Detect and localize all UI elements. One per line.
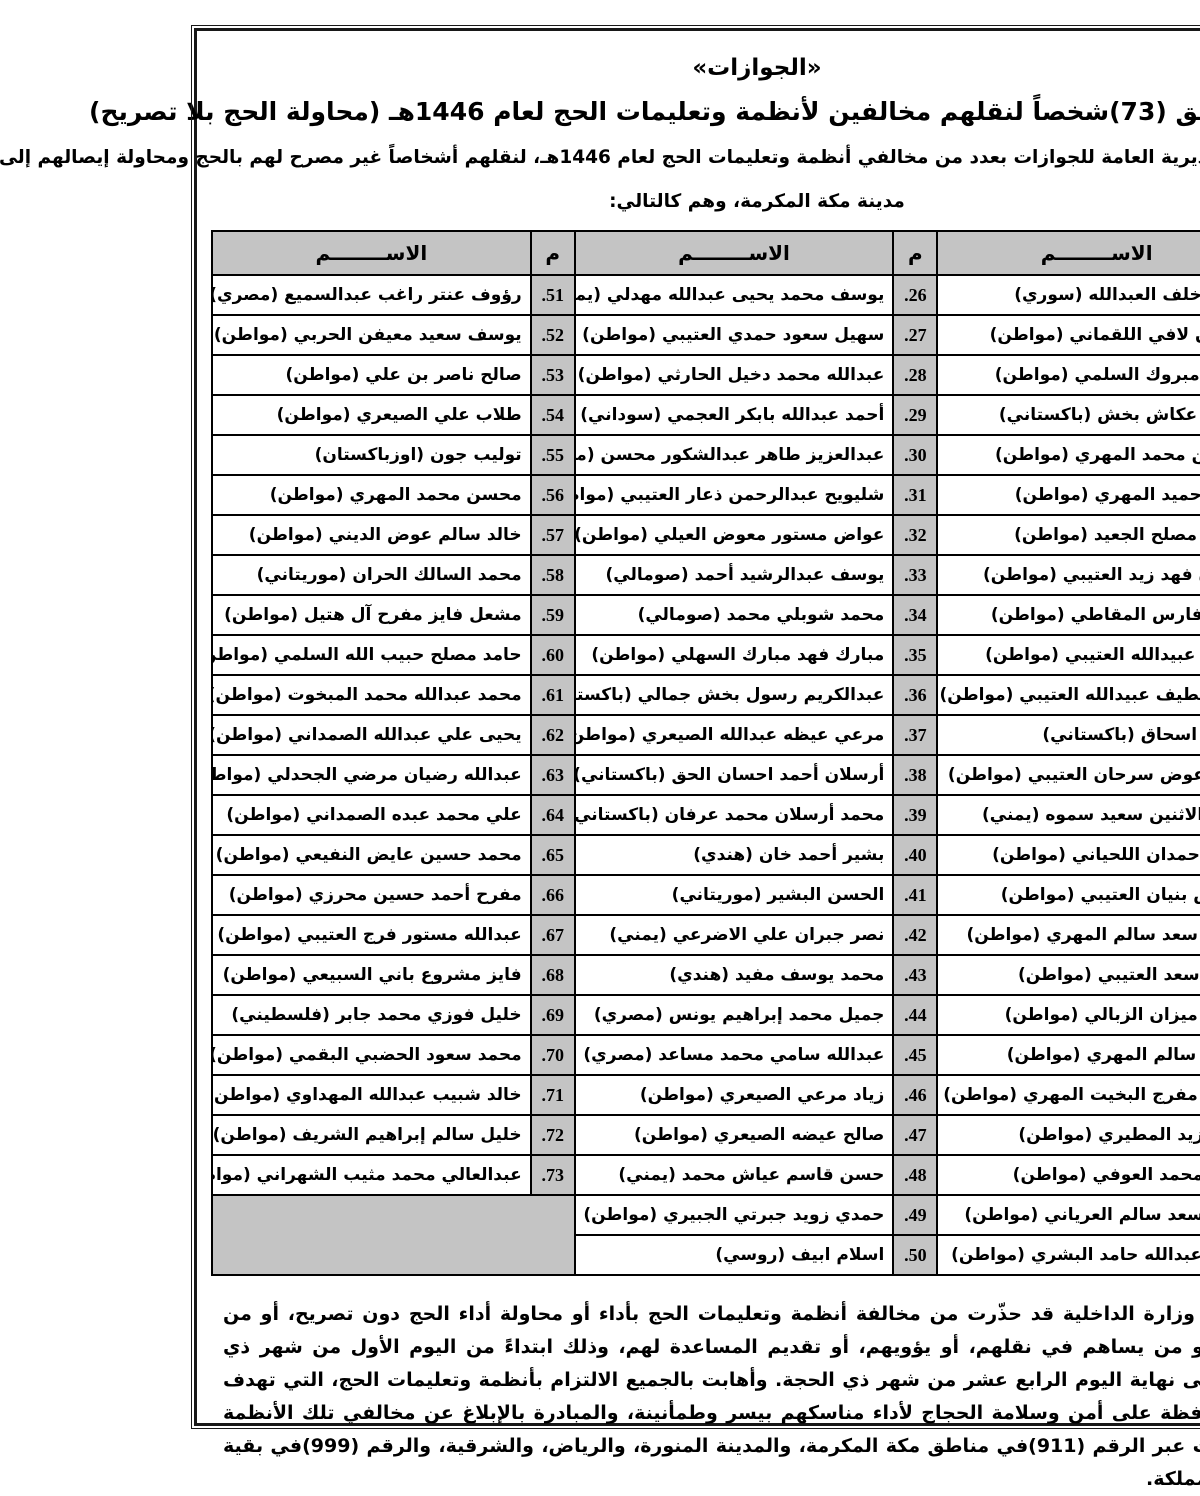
person-name-cell: خالد سالم عوض الديني (مواطن)	[55, 515, 374, 555]
person-name-cell: محمد شوبلي محمد (صومالي)	[418, 595, 737, 635]
source-title: «الجوازات»	[56, 55, 1144, 81]
person-name-cell: محمد اسحاق (باكستاني)	[780, 715, 1099, 755]
roster-table-head: م الاســــــــم م الاســــــــم م الاســ…	[55, 231, 1143, 275]
person-name-cell: مروان لافي اللقماني (مواطن)	[780, 315, 1099, 355]
row-number-cell: 47.	[736, 1115, 780, 1155]
table-row: 1.أحمد خلف العبدالله (سوري)26.يوسف محمد …	[55, 275, 1143, 315]
table-row: 4.محمد عكاش بخش (باكستاني)29.أحمد عبدالل…	[55, 395, 1143, 435]
person-name-cell: محمد عبدالله محمد المبخوت (مواطن)	[55, 675, 374, 715]
person-name-cell: شليويح عبدالرحمن ذعار العتيبي (مواطن)	[418, 475, 737, 515]
row-number-cell: 7.	[1099, 515, 1143, 555]
person-name-cell: عبدالله محمد دخيل الحارثي (مواطن)	[418, 355, 737, 395]
person-name-cell: علي محمد عبده الصمداني (مواطن)	[55, 795, 374, 835]
person-name-cell: محسن محمد المهري (مواطن)	[55, 475, 374, 515]
row-number-cell: 62.	[374, 715, 418, 755]
row-number-cell: 33.	[736, 555, 780, 595]
row-number-cell: 12.	[1099, 715, 1143, 755]
table-row: 20.حسن سالم المهري (مواطن)45.عبدالله سام…	[55, 1035, 1143, 1075]
table-row: 22.غانم زيد المطيري (مواطن)47.صالح عيضه …	[55, 1115, 1143, 1155]
row-number-cell: 11.	[1099, 675, 1143, 715]
row-number-cell: 67.	[374, 915, 418, 955]
row-number-cell: 38.	[736, 755, 780, 795]
table-row: 2.مروان لافي اللقماني (مواطن)27.سهيل سعو…	[55, 315, 1143, 355]
person-name-cell: حمدي زويد جبرتي الجبيري (مواطن)	[418, 1195, 737, 1235]
row-number-cell: 14.	[1099, 795, 1143, 835]
person-name-cell: طلاب علي الصيعري (مواطن)	[55, 395, 374, 435]
row-number-cell: 22.	[1099, 1115, 1143, 1155]
table-row: 18.عادل سعد العتيبي (مواطن)43.محمد يوسف …	[55, 955, 1143, 995]
person-name-cell: حسن قاسم عياش محمد (يمني)	[418, 1155, 737, 1195]
person-name-cell: أحمد عبدالله بابكر العجمي (سوداني)	[418, 395, 737, 435]
person-name-cell: الحسن البشير (موريتاني)	[418, 875, 737, 915]
row-number-cell: 40.	[736, 835, 780, 875]
row-number-cell: 71.	[374, 1075, 418, 1115]
person-name-cell: محمد السالك الحران (موريتاني)	[55, 555, 374, 595]
person-name-cell: عبدالله سامي محمد مساعد (مصري)	[418, 1035, 737, 1075]
person-name-cell: عبدالعزيز طاهر عبدالشكور محسن (مينمار)	[418, 435, 737, 475]
person-name-cell: سعد عوض سرحان العتيبي (مواطن)	[780, 755, 1099, 795]
row-number-cell: 3.	[1099, 355, 1143, 395]
row-number-cell: 2.	[1099, 315, 1143, 355]
person-name-cell: حسن سالم المهري (مواطن)	[780, 1035, 1099, 1075]
person-name-cell: محمد سعود الحضبي البقمي (مواطن)	[55, 1035, 374, 1075]
person-name-cell: حاتم فارس المقاطي (مواطن)	[780, 595, 1099, 635]
row-number-cell: 57.	[374, 515, 418, 555]
person-name-cell: عبود الاثنين سعيد سموه (يمني)	[780, 795, 1099, 835]
person-name-cell: بشير أحمد خان (هندي)	[418, 835, 737, 875]
person-name-cell: خليل سالم إبراهيم الشريف (مواطن)	[55, 1115, 374, 1155]
row-number-cell: 72.	[374, 1115, 418, 1155]
row-number-cell: 73.	[374, 1155, 418, 1195]
table-row: 19.رشيد ميزان الزبالي (مواطن)44.جميل محم…	[55, 995, 1143, 1035]
row-number-cell: 8.	[1099, 555, 1143, 595]
person-name-cell: محمد أرسلان محمد عرفان (باكستاني)	[418, 795, 737, 835]
roster-table-body: 1.أحمد خلف العبدالله (سوري)26.يوسف محمد …	[55, 275, 1143, 1275]
row-number-cell: 25.	[1099, 1235, 1143, 1275]
num-header-cell: م	[736, 231, 780, 275]
person-name-cell: يوسف عبدالرشيد أحمد (صومالي)	[418, 555, 737, 595]
person-name-cell: مرعي عيظه عبدالله الصيعري (مواطن)	[418, 715, 737, 755]
person-name-cell: أحمد خلف العبدالله (سوري)	[780, 275, 1099, 315]
row-number-cell: 9.	[1099, 595, 1143, 635]
person-name-cell: صالح مبروك السلمي (مواطن)	[780, 355, 1099, 395]
person-name-cell: مبارك فهد مبارك السهلي (مواطن)	[418, 635, 737, 675]
row-number-cell: 16.	[1099, 875, 1143, 915]
page-border-frame: «الجوازات» تشهر بحق (73)شخصاً لنقلهم مخا…	[37, 28, 1163, 1426]
row-number-cell: 35.	[736, 635, 780, 675]
person-name-cell: عبدالله رضيان مرضي الجحدلي (مواطن)	[55, 755, 374, 795]
name-header-cell: الاســــــــم	[780, 231, 1099, 275]
row-number-cell: 44.	[736, 995, 780, 1035]
intro-paragraph: شهرت المديرية العامة للجوازات بعدد من مخ…	[56, 136, 1144, 224]
person-name-cell: عبدالله مستور فرج العتيبي (مواطن)	[55, 915, 374, 955]
empty-filler-cell	[55, 1195, 418, 1275]
row-number-cell: 36.	[736, 675, 780, 715]
table-row: 24.فواز سعد سالم العرياني (مواطن)49.حمدي…	[55, 1195, 1143, 1235]
row-number-cell: 58.	[374, 555, 418, 595]
row-number-cell: 48.	[736, 1155, 780, 1195]
row-number-cell: 28.	[736, 355, 780, 395]
row-number-cell: 32.	[736, 515, 780, 555]
person-name-cell: محمد يوسف مفيد (هندي)	[418, 955, 737, 995]
row-number-cell: 41.	[736, 875, 780, 915]
person-name-cell: أرسلان أحمد احسان الحق (باكستاني)	[418, 755, 737, 795]
footer-paragraph: وكانت وزارة الداخلية قد حذّرت من مخالفة …	[66, 1298, 1134, 1496]
intro-line-1: شهرت المديرية العامة للجوازات بعدد من مخ…	[56, 136, 1144, 180]
table-row: 11.عبداللطيف عبيدالله العتيبي (مواطن)36.…	[55, 675, 1143, 715]
table-row: 17.سعيد سعد سالم المهري (مواطن)42.نصر جب…	[55, 915, 1143, 955]
row-number-cell: 26.	[736, 275, 780, 315]
row-number-cell: 10.	[1099, 635, 1143, 675]
row-number-cell: 31.	[736, 475, 780, 515]
person-name-cell: صالح عيضه الصيعري (مواطن)	[418, 1115, 737, 1155]
person-name-cell: مازن حمدان اللحياني (مواطن)	[780, 835, 1099, 875]
violators-roster-table: م الاســــــــم م الاســــــــم م الاســ…	[54, 230, 1144, 1276]
row-number-cell: 13.	[1099, 755, 1143, 795]
row-number-cell: 56.	[374, 475, 418, 515]
person-name-cell: منور محمد العوفي (مواطن)	[780, 1155, 1099, 1195]
person-name-cell: اسلام ابيف (روسي)	[418, 1235, 737, 1275]
person-name-cell: سهيل سعود حمدي العتيبي (مواطن)	[418, 315, 737, 355]
row-number-cell: 64.	[374, 795, 418, 835]
row-number-cell: 42.	[736, 915, 780, 955]
row-number-cell: 55.	[374, 435, 418, 475]
row-number-cell: 50.	[736, 1235, 780, 1275]
person-name-cell: أحمد حميد المهري (مواطن)	[780, 475, 1099, 515]
person-name-cell: توليب جون (اوزباكستان)	[55, 435, 374, 475]
row-number-cell: 52.	[374, 315, 418, 355]
person-name-cell: مشعل فايز مفرح آل هتيل (مواطن)	[55, 595, 374, 635]
row-number-cell: 43.	[736, 955, 780, 995]
person-name-cell: رؤوف عنتر راغب عبدالسميع (مصري)	[55, 275, 374, 315]
row-number-cell: 70.	[374, 1035, 418, 1075]
row-number-cell: 21.	[1099, 1075, 1143, 1115]
person-name-cell: محمد حسين عايض النفيعي (مواطن)	[55, 835, 374, 875]
row-number-cell: 1.	[1099, 275, 1143, 315]
num-header-cell: م	[374, 231, 418, 275]
row-number-cell: 4.	[1099, 395, 1143, 435]
row-number-cell: 51.	[374, 275, 418, 315]
person-name-cell: فايز مشروع باني السبيعي (مواطن)	[55, 955, 374, 995]
table-row: 12.محمد اسحاق (باكستاني)37.مرعي عيظه عبد…	[55, 715, 1143, 755]
row-number-cell: 20.	[1099, 1035, 1143, 1075]
person-name-cell: عبداللطيف عبيدالله العتيبي (مواطن)	[780, 675, 1099, 715]
row-number-cell: 53.	[374, 355, 418, 395]
intro-line-2: مدينة مكة المكرمة، وهم كالتالي:	[56, 180, 1144, 224]
person-name-cell: يحيى علي عبدالله الصمداني (مواطن)	[55, 715, 374, 755]
person-name-cell: نصر جبران علي الاضرعي (يمني)	[418, 915, 737, 955]
row-number-cell: 6.	[1099, 475, 1143, 515]
person-name-cell: يوسف محمد يحيى عبدالله مهدلي (يمني)	[418, 275, 737, 315]
person-name-cell: حامد عبدالله حامد البشري (مواطن)	[780, 1235, 1099, 1275]
table-row: 8.زلمان فهد زيد العتيبي (مواطن)33.يوسف ع…	[55, 555, 1143, 595]
person-name-cell: سعيد سعد سالم المهري (مواطن)	[780, 915, 1099, 955]
row-number-cell: 60.	[374, 635, 418, 675]
name-header-cell: الاســــــــم	[55, 231, 374, 275]
person-name-cell: عفاس بنيان العتيبي (مواطن)	[780, 875, 1099, 915]
row-number-cell: 19.	[1099, 995, 1143, 1035]
table-row: 16.عفاس بنيان العتيبي (مواطن)41.الحسن ال…	[55, 875, 1143, 915]
person-name-cell: عادل سعد العتيبي (مواطن)	[780, 955, 1099, 995]
table-row: 3.صالح مبروك السلمي (مواطن)28.عبدالله مح…	[55, 355, 1143, 395]
row-number-cell: 29.	[736, 395, 780, 435]
person-name-cell: مفرح أحمد حسين محرزي (مواطن)	[55, 875, 374, 915]
table-row: 7.محمد مصلح الجعيد (مواطن)32.عواض مستور …	[55, 515, 1143, 555]
row-number-cell: 61.	[374, 675, 418, 715]
row-number-cell: 49.	[736, 1195, 780, 1235]
row-number-cell: 24.	[1099, 1195, 1143, 1235]
row-number-cell: 23.	[1099, 1155, 1143, 1195]
person-name-cell: زلمان فهد زيد العتيبي (مواطن)	[780, 555, 1099, 595]
person-name-cell: صالح ناصر بن علي (مواطن)	[55, 355, 374, 395]
row-number-cell: 27.	[736, 315, 780, 355]
row-number-cell: 34.	[736, 595, 780, 635]
row-number-cell: 30.	[736, 435, 780, 475]
headline: تشهر بحق (73)شخصاً لنقلهم مخالفين لأنظمة…	[56, 97, 1144, 126]
row-number-cell: 5.	[1099, 435, 1143, 475]
person-name-cell: جميل محمد إبراهيم يونس (مصري)	[418, 995, 737, 1035]
person-name-cell: محمد مصلح الجعيد (مواطن)	[780, 515, 1099, 555]
table-row: 23.منور محمد العوفي (مواطن)48.حسن قاسم ع…	[55, 1155, 1143, 1195]
row-number-cell: 68.	[374, 955, 418, 995]
table-row: 14.عبود الاثنين سعيد سموه (يمني)39.محمد …	[55, 795, 1143, 835]
row-number-cell: 66.	[374, 875, 418, 915]
row-number-cell: 63.	[374, 755, 418, 795]
header-row: م الاســــــــم م الاســــــــم م الاســ…	[55, 231, 1143, 275]
row-number-cell: 45.	[736, 1035, 780, 1075]
row-number-cell: 18.	[1099, 955, 1143, 995]
person-name-cell: حامد مصلح حبيب الله السلمي (مواطن)	[55, 635, 374, 675]
table-row: 10.سعود عبيدالله العتيبي (مواطن)35.مبارك…	[55, 635, 1143, 675]
table-row: 5.محسن محمد المهري (مواطن)30.عبدالعزيز ط…	[55, 435, 1143, 475]
person-name-cell: عبدالكريم رسول بخش جمالي (باكستاني)	[418, 675, 737, 715]
table-row: 13.سعد عوض سرحان العتيبي (مواطن)38.أرسلا…	[55, 755, 1143, 795]
row-number-cell: 46.	[736, 1075, 780, 1115]
row-number-cell: 54.	[374, 395, 418, 435]
row-number-cell: 69.	[374, 995, 418, 1035]
person-name-cell: خليل فوزي محمد جابر (فلسطيني)	[55, 995, 374, 1035]
person-name-cell: عبدالعالي محمد مثيب الشهراني (مواطن)	[55, 1155, 374, 1195]
person-name-cell: زياد مرعي الصيعري (مواطن)	[418, 1075, 737, 1115]
table-row: 6.أحمد حميد المهري (مواطن)31.شليويح عبدا…	[55, 475, 1143, 515]
person-name-cell: عواض مستور معوض العيلي (مواطن)	[418, 515, 737, 555]
person-name-cell: محسن محمد المهري (مواطن)	[780, 435, 1099, 475]
person-name-cell: غازي مفرج البخيت المهري (مواطن)	[780, 1075, 1099, 1115]
name-header-cell: الاســــــــم	[418, 231, 737, 275]
row-number-cell: 65.	[374, 835, 418, 875]
table-row: 15.مازن حمدان اللحياني (مواطن)40.بشير أح…	[55, 835, 1143, 875]
document-page: { "page": { "source_title": "«الجوازات»"…	[0, 0, 1200, 1449]
person-name-cell: سعود عبيدالله العتيبي (مواطن)	[780, 635, 1099, 675]
person-name-cell: خالد شبيب عبدالله المهداوي (مواطن)	[55, 1075, 374, 1115]
row-number-cell: 37.	[736, 715, 780, 755]
row-number-cell: 17.	[1099, 915, 1143, 955]
person-name-cell: رشيد ميزان الزبالي (مواطن)	[780, 995, 1099, 1035]
row-number-cell: 15.	[1099, 835, 1143, 875]
person-name-cell: فواز سعد سالم العرياني (مواطن)	[780, 1195, 1099, 1235]
row-number-cell: 39.	[736, 795, 780, 835]
person-name-cell: يوسف سعيد معيفن الحربي (مواطن)	[55, 315, 374, 355]
table-row: 9.حاتم فارس المقاطي (مواطن)34.محمد شوبلي…	[55, 595, 1143, 635]
table-row: 21.غازي مفرج البخيت المهري (مواطن)46.زيا…	[55, 1075, 1143, 1115]
row-number-cell: 59.	[374, 595, 418, 635]
person-name-cell: غانم زيد المطيري (مواطن)	[780, 1115, 1099, 1155]
num-header-cell: م	[1099, 231, 1143, 275]
person-name-cell: محمد عكاش بخش (باكستاني)	[780, 395, 1099, 435]
